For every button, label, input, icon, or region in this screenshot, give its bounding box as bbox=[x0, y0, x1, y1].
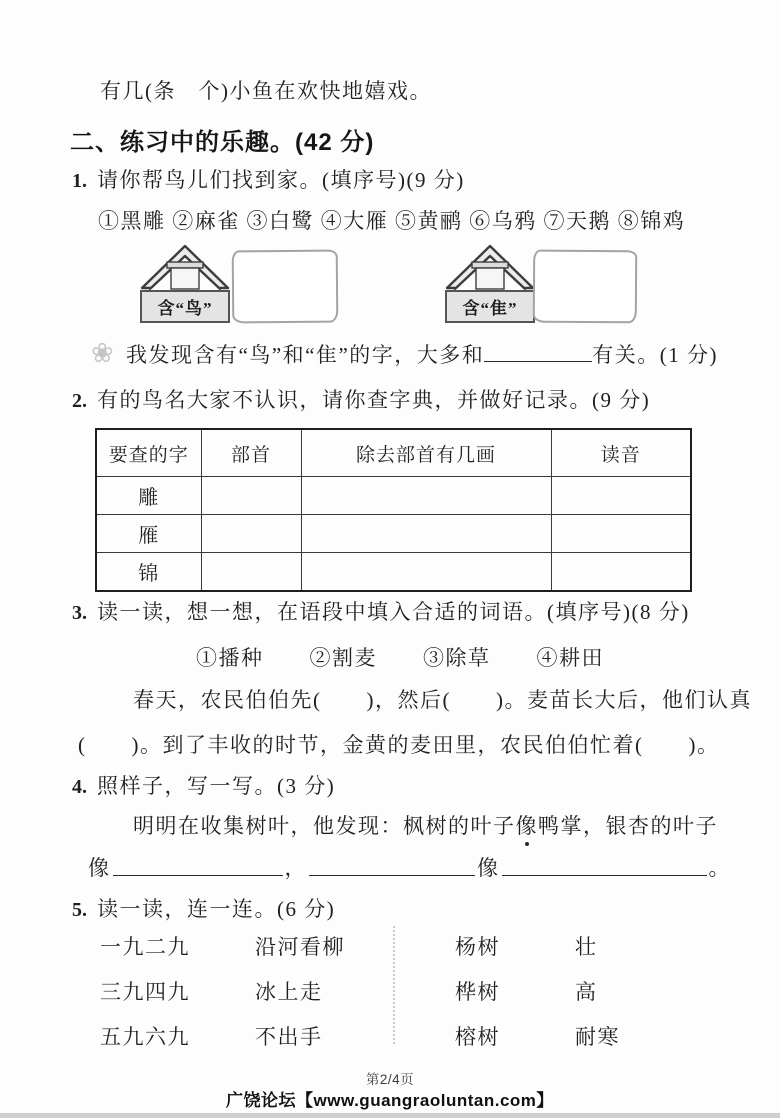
house-roof-icon bbox=[140, 243, 230, 290]
q4-fill-comma: ， bbox=[285, 858, 308, 879]
q4-fill-line: 像 ， 像 。 bbox=[88, 858, 731, 879]
table-cell-char: 雕 bbox=[96, 477, 201, 515]
match-cell: 冰上走 bbox=[255, 979, 323, 1005]
q4-blank-1 bbox=[113, 869, 283, 876]
footer-page-indicator: 第2/4页 bbox=[0, 1068, 780, 1088]
question-3: 3.读一读，想一想，在语段中填入合适的词语。(填序号)(8 分) bbox=[72, 599, 690, 626]
question-5: 5.读一读，连一连。(6 分) bbox=[72, 896, 335, 923]
question-5-text: 读一读，连一连。(6 分) bbox=[97, 897, 335, 921]
match-row: 一九二九 沿河看柳 杨树 壮 bbox=[0, 934, 780, 962]
bird-options-line: ①黑雕 ②麻雀 ③白鹭 ④大雁 ⑤黄鹂 ⑥乌鸦 ⑦天鹅 ⑧锦鸡 bbox=[98, 208, 685, 234]
table-row: 雕 bbox=[96, 477, 691, 515]
question-1-number: 1. bbox=[72, 170, 87, 192]
discovery-line: 我发现含有“鸟”和“隹”的字，大多和有关。(1 分) bbox=[126, 342, 718, 368]
table-header-radical: 部首 bbox=[201, 429, 301, 477]
house-zhui-sign: 含“隹” bbox=[445, 290, 535, 323]
table-cell-empty bbox=[201, 515, 301, 553]
table-cell-char: 雁 bbox=[96, 515, 201, 553]
match-cell: 三九四九 bbox=[100, 979, 190, 1005]
scan-edge-strip bbox=[0, 1113, 780, 1118]
question-4: 4.照样子，写一写。(3 分) bbox=[72, 773, 335, 800]
match-cell: 壮 bbox=[575, 934, 598, 960]
intro-line: 有几(条 个)小鱼在欢快地嬉戏。 bbox=[100, 78, 432, 104]
match-cell: 桦树 bbox=[455, 979, 500, 1005]
table-header-char: 要查的字 bbox=[96, 429, 201, 477]
table-cell-empty bbox=[551, 553, 691, 592]
q3-options-row: ①播种 ②割麦 ③除草 ④耕田 bbox=[196, 645, 604, 671]
answer-box-zhui bbox=[533, 250, 638, 324]
table-cell-empty bbox=[201, 553, 301, 592]
footer-site-line: 广饶论坛【www.guangraoluntan.com】 bbox=[0, 1086, 780, 1111]
q4-fill-xiang1: 像 bbox=[88, 858, 111, 879]
question-3-text: 读一读，想一想，在语段中填入合适的词语。(填序号)(8 分) bbox=[97, 600, 690, 624]
question-4-text: 照样子，写一写。(3 分) bbox=[97, 774, 335, 798]
match-divider-line bbox=[393, 926, 395, 1044]
match-cell: 高 bbox=[575, 979, 598, 1005]
q4-example-part2: 鸭掌，银杏的叶子 bbox=[538, 814, 718, 838]
q4-example-line: 明明在收集树叶，他发现：枫树的叶子像鸭掌，银杏的叶子 bbox=[133, 813, 718, 839]
q4-emphasized-char: 像 bbox=[516, 813, 539, 839]
house-zhui: 含“隹” bbox=[445, 243, 535, 323]
question-2: 2.有的鸟名大家不认识，请你查字典，并做好记录。(9 分) bbox=[72, 387, 650, 414]
question-3-number: 3. bbox=[72, 602, 87, 624]
flower-icon: ❀ bbox=[91, 340, 114, 367]
q4-blank-2 bbox=[309, 869, 475, 876]
question-1-text: 请你帮鸟儿们找到家。(填序号)(9 分) bbox=[97, 168, 465, 192]
house-bird-sign: 含“鸟” bbox=[140, 290, 230, 323]
match-row: 三九四九 冰上走 桦树 高 bbox=[0, 979, 780, 1007]
house-bird: 含“鸟” bbox=[140, 243, 230, 323]
section-heading: 二、练习中的乐趣。(42 分) bbox=[70, 122, 374, 157]
match-cell: 五九六九 bbox=[100, 1024, 190, 1050]
match-cell: 杨树 bbox=[455, 934, 500, 960]
q4-fill-period: 。 bbox=[709, 858, 732, 879]
match-row: 五九六九 不出手 榕树 耐寒 bbox=[0, 1024, 780, 1052]
table-header-pronunciation: 读音 bbox=[551, 429, 691, 477]
q4-fill-xiang2: 像 bbox=[477, 858, 500, 879]
question-4-number: 4. bbox=[72, 776, 87, 798]
question-2-number: 2. bbox=[72, 390, 87, 412]
q3-option-2: ②割麦 bbox=[310, 645, 378, 671]
q3-option-3: ③除草 bbox=[423, 645, 491, 671]
question-2-text: 有的鸟名大家不认识，请你查字典，并做好记录。(9 分) bbox=[97, 388, 650, 412]
house-roof-icon bbox=[445, 243, 535, 290]
match-cell: 耐寒 bbox=[575, 1024, 620, 1050]
q4-example-part1: 明明在收集树叶，他发现：枫树的叶子 bbox=[133, 814, 516, 838]
table-header-strokes: 除去部首有几画 bbox=[301, 429, 551, 477]
table-cell-empty bbox=[301, 553, 551, 592]
dictionary-lookup-table: 要查的字 部首 除去部首有几画 读音 雕 雁 锦 bbox=[95, 428, 692, 592]
table-cell-char: 锦 bbox=[96, 553, 201, 592]
match-cell: 榕树 bbox=[455, 1024, 500, 1050]
q3-passage-line-1: 春天，农民伯伯先( )，然后( )。麦苗长大后，他们认真 bbox=[133, 687, 752, 713]
table-cell-empty bbox=[301, 477, 551, 515]
discovery-blank bbox=[484, 355, 592, 362]
match-cell: 沿河看柳 bbox=[255, 934, 345, 960]
table-cell-empty bbox=[301, 515, 551, 553]
table-cell-empty bbox=[551, 515, 691, 553]
discovery-prefix: 我发现含有“鸟”和“隹”的字，大多和 bbox=[126, 343, 484, 367]
answer-box-bird bbox=[232, 250, 339, 324]
table-header-row: 要查的字 部首 除去部首有几画 读音 bbox=[96, 429, 691, 477]
question-5-number: 5. bbox=[72, 899, 87, 921]
table-cell-empty bbox=[551, 477, 691, 515]
match-cell: 一九二九 bbox=[100, 934, 190, 960]
table-row: 雁 bbox=[96, 515, 691, 553]
worksheet-page: 有几(条 个)小鱼在欢快地嬉戏。 二、练习中的乐趣。(42 分) 1.请你帮鸟儿… bbox=[0, 0, 780, 1118]
question-1: 1.请你帮鸟儿们找到家。(填序号)(9 分) bbox=[72, 167, 465, 194]
match-cell: 不出手 bbox=[255, 1024, 323, 1050]
discovery-suffix: 有关。(1 分) bbox=[592, 343, 718, 367]
q3-passage-line-2: ( )。到了丰收的时节，金黄的麦田里，农民伯伯忙着( )。 bbox=[78, 732, 719, 758]
table-cell-empty bbox=[201, 477, 301, 515]
q3-option-1: ①播种 bbox=[196, 645, 264, 671]
q4-blank-3 bbox=[502, 869, 707, 876]
table-row: 锦 bbox=[96, 553, 691, 592]
q3-option-4: ④耕田 bbox=[537, 645, 605, 671]
